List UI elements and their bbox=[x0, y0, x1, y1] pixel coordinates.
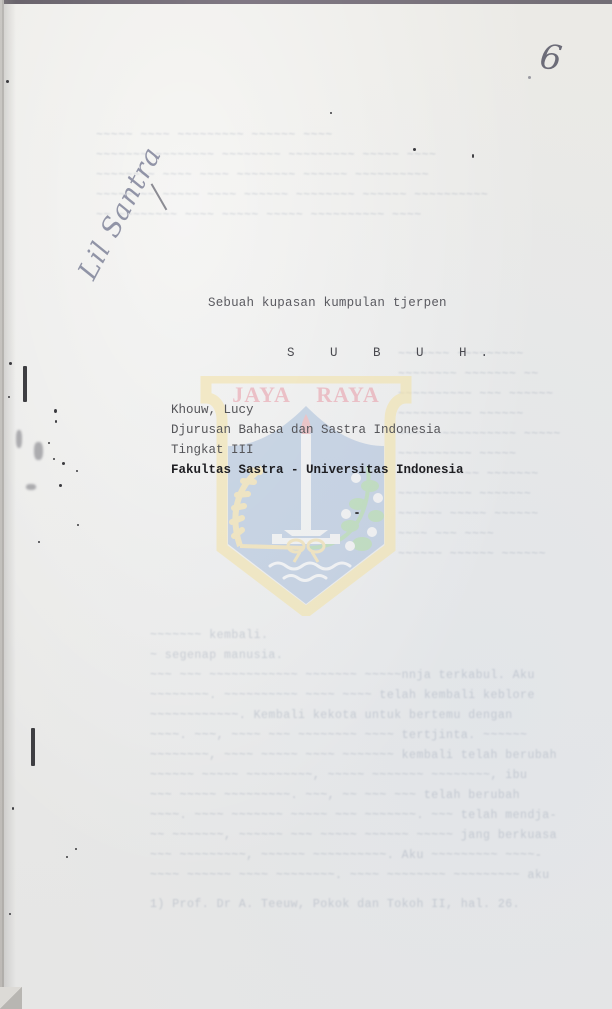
author-level: Tingkat III bbox=[171, 440, 464, 460]
bleed-through-line: ~~~~~~~~~~ ~~~~~~~ bbox=[398, 485, 561, 505]
bleed-through-line: ~~~ ~~~~~ ~~~~~~~~~. ~~~, ~~ ~~~ ~~~ tel… bbox=[150, 786, 557, 806]
speck bbox=[413, 148, 416, 151]
handwritten-page-number: 6 bbox=[537, 37, 564, 80]
bleed-through-line: ~ segenap manusia. bbox=[150, 646, 557, 666]
bleed-through-line: ~~~~. ~~~~ ~~~~~~~ ~~~~~ ~~~ ~~~~~~~. ~~… bbox=[150, 806, 557, 826]
scan-edge-top bbox=[0, 0, 612, 4]
bleed-through-line: ~~~~~~ ~~~~~ ~~~~~~ bbox=[398, 505, 561, 525]
speck bbox=[330, 112, 332, 114]
speck bbox=[53, 458, 55, 460]
bleed-through-line: ~~~ ~~~~~~~~~, ~~~~~~ ~~~~~~~~~~. Aku ~~… bbox=[150, 846, 557, 866]
speck bbox=[9, 362, 12, 365]
bleed-through-line: ~~~~~~~~. ~~~~~~~~~~ ~~~~ ~~~~ telah kem… bbox=[150, 686, 557, 706]
bleed-through-line: ~~ ~~~~~~~~ ~~~~ ~~~~~ ~~~~~ ~~~~~~~~~~ … bbox=[96, 206, 488, 226]
scanned-document-page: ~~~~~ ~~~~ ~~~~~~~~~ ~~~~~~ ~~~~~~~~~~~ … bbox=[0, 0, 612, 1009]
bleed-through-line: ~~~~~ ~~~~ ~~~~~~~~~ ~~~~~~ ~~~~ bbox=[96, 126, 488, 146]
speck bbox=[8, 396, 10, 398]
bleed-through-line: ~~~~~~~~, ~~~~ ~~~~~ ~~~~ ~~~~~~~ kembal… bbox=[150, 746, 557, 766]
author-block: Khouw, Lucy Djurusan Bahasa dan Sastra I… bbox=[171, 400, 464, 480]
speck bbox=[59, 484, 62, 487]
bleed-through-line: ~~~~~~ ~~~~~~ ~~~~~~ bbox=[398, 545, 561, 565]
binding-shadow bbox=[2, 0, 16, 1009]
speck bbox=[77, 524, 79, 526]
pencil-dot bbox=[528, 76, 531, 79]
author-department: Djurusan Bahasa dan Sastra Indonesia bbox=[171, 420, 464, 440]
speck bbox=[472, 154, 474, 158]
punch-mark-upper bbox=[23, 366, 27, 402]
author-faculty: Fakultas Sastra - Universitas Indonesia bbox=[171, 460, 464, 480]
document-subtitle: Sebuah kupasan kumpulan tjerpen bbox=[208, 296, 447, 310]
bleed-through-line: ~~~~~~~~~~~~. Kembali kekota untuk berte… bbox=[150, 706, 557, 726]
speck bbox=[9, 913, 11, 915]
speck bbox=[12, 807, 14, 810]
speck bbox=[48, 442, 50, 444]
bleed-through-line: ~~~ ~~~ ~~~~~~~~~~~~ ~~~~~~~ ~~~~~nnja t… bbox=[150, 666, 557, 686]
bleed-through-line: ~~ ~~~~~~~, ~~~~~~ ~~~ ~~~~~ ~~~~~~ ~~~~… bbox=[150, 826, 557, 846]
bleed-through-line: ~~~~ ~~~ ~~~~ bbox=[398, 525, 561, 545]
speck bbox=[38, 541, 40, 543]
speck bbox=[75, 848, 77, 850]
ink-smudge bbox=[34, 442, 43, 460]
bleed-through-line: ~~~~~~ ~~~~~ ~~~~~~~~~, ~~~~~ ~~~~~~~ ~~… bbox=[150, 766, 557, 786]
speck bbox=[76, 470, 78, 472]
ink-smudge bbox=[16, 430, 22, 448]
ink-smudge bbox=[26, 484, 36, 490]
bleed-through-line: ~~~~ ~~~~~~ ~~~~ ~~~~~~~~. ~~~~ ~~~~~~~~… bbox=[150, 866, 557, 886]
punch-mark-lower bbox=[31, 728, 35, 766]
bleed-through-text-bottom: ~~~~~~~ kembali.~ segenap manusia.~~~ ~~… bbox=[150, 626, 557, 886]
speck bbox=[6, 80, 9, 83]
author-name: Khouw, Lucy bbox=[171, 400, 464, 420]
bleed-through-footnote: 1) Prof. Dr A. Teeuw, Pokok dan Tokoh II… bbox=[150, 898, 520, 911]
speck bbox=[66, 856, 68, 858]
speck bbox=[355, 512, 359, 514]
speck bbox=[62, 462, 65, 465]
folded-corner bbox=[0, 987, 22, 1009]
document-title: S U B U H. bbox=[287, 346, 502, 360]
bleed-through-line: ~~~~. ~~~, ~~~~ ~~~ ~~~~~~~~ ~~~~ tertji… bbox=[150, 726, 557, 746]
bleed-through-line: ~~~~~~~~ ~~~~~~~ ~~ bbox=[398, 365, 561, 385]
bleed-through-line: ~~~~~~~ kembali. bbox=[150, 626, 557, 646]
speck bbox=[54, 409, 57, 413]
speck bbox=[55, 420, 57, 423]
